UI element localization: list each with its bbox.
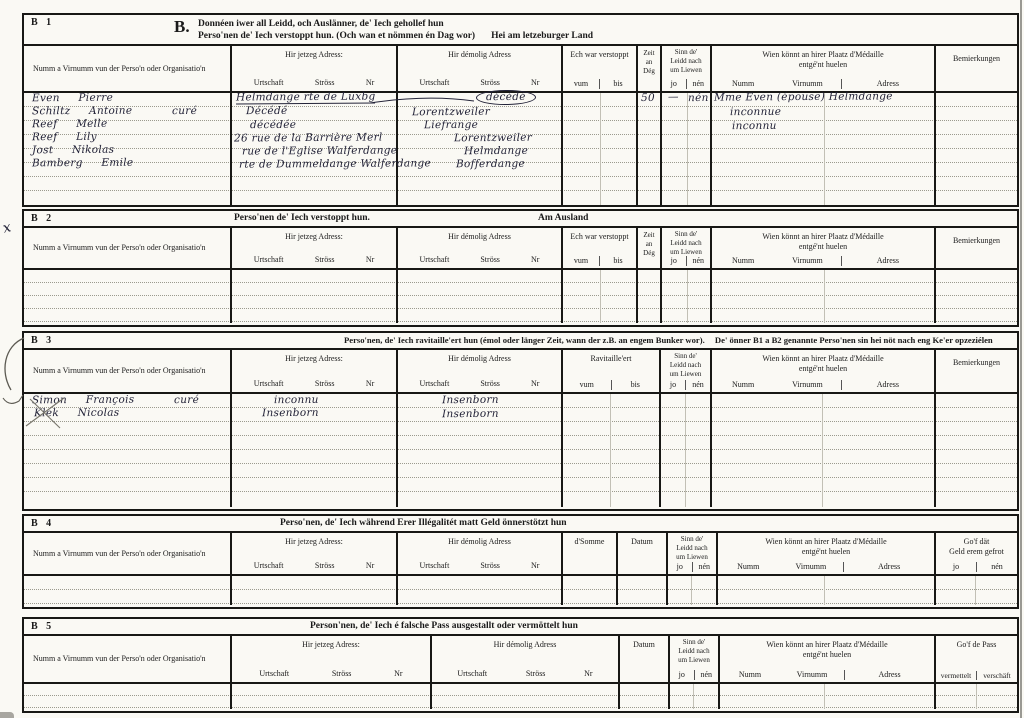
b1-body: Even Pierre Helmdange rte de Luxbg décéd… bbox=[24, 93, 1017, 205]
b1-col-bemierkungen: Bemierkungen bbox=[936, 46, 1017, 91]
column-rule bbox=[618, 684, 620, 709]
scan-corner-artifact bbox=[0, 712, 14, 718]
wien-line2: entgé'nt huelen bbox=[718, 547, 934, 557]
hw-demolig: Insenborn bbox=[442, 408, 499, 420]
gof-geld-line1: Go'f dät bbox=[936, 537, 1017, 547]
b5-col-name: Numm a Virnumm vun der Perso'n oder Orga… bbox=[24, 636, 232, 682]
demolig-sublabels: UrtschaftStrössNr bbox=[398, 561, 561, 574]
column-rule bbox=[718, 684, 720, 709]
hw-wien: inconnue bbox=[730, 106, 781, 118]
jetzeg-label: Hir jetzeg Adress: bbox=[232, 228, 396, 242]
vum-bis-row: vumbis bbox=[563, 380, 659, 392]
hw-demolig: Insenborn bbox=[442, 394, 499, 406]
b2-col-name: Numm a Virnumm vun der Perso'n oder Orga… bbox=[24, 228, 232, 268]
column-rule-thin bbox=[600, 93, 601, 205]
b3-col-demolig: Hir démolig Adress UrtschaftStrössNr bbox=[398, 350, 563, 392]
b2-title-right: Am Ausland bbox=[538, 213, 588, 223]
b2-section-id: B 2 bbox=[31, 213, 54, 224]
b5-column-header: Numm a Virnumm vun der Perso'n oder Orga… bbox=[24, 636, 1017, 684]
somme-label: d'Somme bbox=[563, 533, 616, 547]
urtschaft-label: Urtschaft bbox=[420, 78, 450, 88]
dotted-row bbox=[24, 464, 1017, 478]
sinn-line1: Sinn de' bbox=[662, 48, 710, 57]
vum-bis-row: vumbis bbox=[563, 79, 636, 91]
urtschaft-label: Urtschaft bbox=[254, 561, 284, 571]
wien-line1: Wien könnt an hirer Plaatz d'Médaille bbox=[720, 640, 934, 650]
sinn-line1: Sinn de' bbox=[670, 638, 718, 647]
b3-col-name: Numm a Virnumm vun der Perso'n oder Orga… bbox=[24, 350, 232, 392]
hw-jetzeg: rue de l'Eglise Walferdange bbox=[242, 144, 397, 157]
gof-geld-line2: Geld erem gefrot bbox=[936, 547, 1017, 557]
jo-label: jo bbox=[662, 79, 686, 89]
jo-nen-row: jonén bbox=[661, 380, 710, 392]
dotted-row bbox=[24, 436, 1017, 450]
hw-zeit: 50 bbox=[641, 92, 655, 104]
column-rule-thin bbox=[610, 394, 611, 507]
column-rule-thin bbox=[976, 684, 977, 709]
nr-label: Nr bbox=[531, 78, 539, 88]
virnumm-label: Virnumm bbox=[774, 256, 841, 266]
jo-nen-row: jonén bbox=[662, 79, 710, 91]
b5-col-datum: Datum bbox=[620, 636, 670, 682]
name-col-label: Numm a Virnumm vun der Perso'n oder Orga… bbox=[33, 654, 230, 664]
column-rule-thin bbox=[600, 270, 601, 323]
b1-col-demolig: Hir démolig Adress UrtschaftStrössNr bbox=[398, 46, 563, 91]
column-rule bbox=[230, 684, 232, 709]
adress-label: Adress bbox=[841, 380, 934, 390]
b4-column-header: Numm a Virnumm vun der Perso'n oder Orga… bbox=[24, 533, 1017, 576]
wien-sublabels: NummVirnummAdress bbox=[712, 256, 934, 268]
urtschaft-label: Urtschaft bbox=[254, 78, 284, 88]
vum-label: vum bbox=[563, 256, 599, 266]
scanned-form-page: { "headers": { "name_col": "Numm a Virnu… bbox=[0, 0, 1024, 718]
column-rule bbox=[561, 576, 563, 605]
column-rule-thin bbox=[687, 270, 688, 323]
demolig-label: Hir démolig Adress bbox=[432, 636, 618, 650]
bis-label: bis bbox=[599, 256, 636, 266]
nr-label: Nr bbox=[584, 669, 592, 679]
column-rule bbox=[660, 93, 662, 205]
b5-section-id: B 5 bbox=[31, 621, 54, 632]
zeit-label-2: an bbox=[638, 58, 660, 67]
hw-name: Reef Lily bbox=[32, 131, 97, 143]
wien-line1: Wien könnt an hirer Plaatz d'Médaille bbox=[712, 232, 934, 242]
nen-label: nén bbox=[686, 256, 711, 266]
jetzeg-sublabels: UrtschaftStrössNr bbox=[232, 379, 396, 392]
stross-label: Ströss bbox=[480, 379, 500, 389]
vermettelt-label: vermettelt bbox=[936, 671, 976, 680]
dotted-row bbox=[24, 450, 1017, 464]
stross-label: Ströss bbox=[332, 669, 352, 679]
wien-line2: entgé'nt huelen bbox=[712, 364, 934, 374]
b1-title-line2: Perso'nen de' Iech verstoppt hun. (Och w… bbox=[198, 31, 475, 41]
urtschaft-label: Urtschaft bbox=[420, 379, 450, 389]
wien-line2: entgé'nt huelen bbox=[712, 60, 934, 70]
hw-jetzeg: Insenborn bbox=[262, 407, 319, 419]
sinn-line3: um Liewen bbox=[661, 370, 710, 379]
column-rule bbox=[396, 576, 398, 605]
sinn-label: Sinn de' Leidd nach um Liewen bbox=[670, 636, 718, 664]
b2-col-bemierkungen: Bemierkungen bbox=[936, 228, 1017, 268]
b5-col-gof-pass: Go'f de Pass vermetteltverschäft bbox=[936, 636, 1017, 682]
hw-demolig: Bofferdange bbox=[456, 158, 525, 170]
column-rule bbox=[934, 270, 936, 323]
jetzeg-label: Hir jetzeg Adress: bbox=[232, 350, 396, 364]
sinn-line1: Sinn de' bbox=[662, 230, 710, 239]
column-rule bbox=[934, 576, 936, 605]
column-rule bbox=[561, 93, 563, 205]
gof-pass-label: Go'f de Pass bbox=[936, 636, 1017, 650]
nen-label: nén bbox=[685, 380, 710, 390]
column-rule-thin bbox=[693, 684, 694, 709]
name-col-label: Numm a Virnumm vun der Perso'n oder Orga… bbox=[33, 64, 230, 74]
virnumm-label: Virnumm bbox=[780, 670, 844, 680]
sinn-label: Sinn de' Leidd nach um Liewen bbox=[668, 533, 716, 561]
jo-nen-row: jonén bbox=[670, 670, 718, 682]
nr-label: Nr bbox=[366, 561, 374, 571]
hw-jetzeg: rte de Dummeldange Walferdange bbox=[239, 157, 431, 170]
sinn-line3: um Liewen bbox=[670, 656, 718, 665]
b2-col-verstoppt: Ech war verstoppt vumbis bbox=[563, 228, 638, 268]
nr-label: Nr bbox=[394, 669, 402, 679]
column-rule bbox=[636, 270, 638, 323]
b5-titlebar: B 5 Person'nen, de' Iech é falsche Pass … bbox=[24, 619, 1017, 636]
b1-title-right: Hei am letzeburger Land bbox=[491, 31, 593, 41]
demolig-sublabels: UrtschaftStrössNr bbox=[398, 78, 561, 91]
section-b4: B 4 Perso'nen, de' Iech während Erer Ill… bbox=[22, 514, 1019, 609]
demolig-label: Hir démolig Adress bbox=[398, 228, 561, 242]
datum-label: Datum bbox=[620, 636, 668, 650]
sinn-line2: Leidd nach bbox=[670, 647, 718, 656]
adress-label: Adress bbox=[841, 256, 934, 266]
sinn-line2: Leidd nach bbox=[661, 361, 710, 370]
dotted-row bbox=[24, 478, 1017, 492]
verstoppt-label: Ech war verstoppt bbox=[563, 46, 636, 60]
column-rule bbox=[396, 270, 398, 323]
b5-col-wien: Wien könnt an hirer Plaatz d'Médaille en… bbox=[720, 636, 936, 682]
b3-titlebar: B 3 Perso'nen, de' Iech ravitaille'ert h… bbox=[24, 333, 1017, 350]
column-rule bbox=[230, 93, 232, 205]
column-rule bbox=[636, 93, 638, 205]
nen-label: nén bbox=[976, 562, 1017, 572]
b5-col-sinn: Sinn de' Leidd nach um Liewen jonén bbox=[670, 636, 720, 682]
hw-name-title: curé bbox=[172, 105, 197, 117]
dotted-row bbox=[24, 422, 1017, 436]
urtschaft-label: Urtschaft bbox=[254, 379, 284, 389]
hw-jetzeg: Décédé bbox=[246, 105, 288, 117]
column-rule bbox=[668, 684, 670, 709]
dotted-row bbox=[24, 309, 1017, 322]
nr-label: Nr bbox=[366, 78, 374, 88]
bis-label: bis bbox=[599, 79, 636, 89]
name-col-label: Numm a Virnumm vun der Perso'n oder Orga… bbox=[33, 243, 230, 253]
vum-label: vum bbox=[563, 79, 599, 89]
b4-title: Perso'nen, de' Iech während Erer Illégal… bbox=[280, 518, 567, 528]
jo-label: jo bbox=[661, 380, 685, 390]
wien-line2: entgé'nt huelen bbox=[720, 650, 934, 660]
hw-name: Simon François bbox=[32, 394, 134, 407]
jo-nen-row: jonén bbox=[668, 562, 716, 574]
b4-col-jetzeg: Hir jetzeg Adress: UrtschaftStrössNr bbox=[232, 533, 398, 574]
jo-label: jo bbox=[668, 562, 692, 572]
column-rule bbox=[561, 394, 563, 507]
column-rule bbox=[710, 270, 712, 323]
stross-label: Ströss bbox=[480, 78, 500, 88]
jo-nen-row: jonén bbox=[662, 256, 710, 268]
sinn-line2: Leidd nach bbox=[662, 57, 710, 66]
nr-label: Nr bbox=[531, 561, 539, 571]
sinn-label: Sinn de' Leidd nach um Liewen bbox=[662, 46, 710, 74]
hw-jetzeg: décédée bbox=[250, 119, 296, 131]
zeit-label-2: an bbox=[638, 240, 660, 249]
b1-letter: B. bbox=[174, 17, 190, 37]
demolig-sublabels: UrtschaftStrössNr bbox=[432, 669, 618, 682]
b3-title: Perso'nen, de' Iech ravitaille'ert hun (… bbox=[344, 335, 993, 345]
bemierkungen-label: Bemierkungen bbox=[936, 358, 1017, 368]
numm-label: Numm bbox=[712, 256, 774, 266]
column-rule-thin bbox=[824, 576, 825, 605]
jetzeg-label: Hir jetzeg Adress: bbox=[232, 533, 396, 547]
b1-col-sinn: Sinn de' Leidd nach um Liewen jonén bbox=[662, 46, 712, 91]
jo-label: jo bbox=[670, 670, 694, 680]
b4-col-wien: Wien könnt an hirer Plaatz d'Médaille en… bbox=[718, 533, 936, 574]
column-rule bbox=[934, 394, 936, 507]
numm-label: Numm bbox=[712, 380, 774, 390]
ravitailleert-label: Ravitaille'ert bbox=[563, 350, 659, 364]
hw-jetzeg: Helmdange rte de Luxbg bbox=[236, 91, 376, 105]
column-rule bbox=[561, 270, 563, 323]
virnumm-label: Virnumm bbox=[778, 562, 843, 572]
column-rule-thin bbox=[822, 394, 823, 507]
sinn-line1: Sinn de' bbox=[661, 352, 710, 361]
hw-name: Schiltz Antoine bbox=[32, 105, 132, 118]
numm-label: Numm bbox=[718, 562, 778, 572]
jo-nen-row: jonén bbox=[936, 562, 1017, 574]
column-rule-thin bbox=[687, 93, 688, 205]
column-rule-thin bbox=[824, 270, 825, 323]
vum-bis-row: vumbis bbox=[563, 256, 636, 268]
wien-label: Wien könnt an hirer Plaatz d'Médaille en… bbox=[712, 46, 934, 70]
b3-col-bemierkungen: Bemierkungen bbox=[936, 350, 1017, 392]
numm-label: Numm bbox=[720, 670, 780, 680]
b3-col-jetzeg: Hir jetzeg Adress: UrtschaftStrössNr bbox=[232, 350, 398, 392]
column-rule bbox=[659, 394, 661, 507]
hw-name: Jost Nikolas bbox=[32, 144, 114, 157]
column-rule bbox=[230, 576, 232, 605]
sinn-line2: Leidd nach bbox=[662, 239, 710, 248]
column-rule-thin bbox=[824, 93, 825, 205]
b1-col-jetzeg: Hir jetzeg Adress: UrtschaftStrössNr bbox=[232, 46, 398, 91]
jetzeg-label: Hir jetzeg Adress: bbox=[232, 636, 430, 650]
zeit-label-1: Zeit bbox=[638, 49, 660, 58]
hw-demolig: Helmdange bbox=[464, 145, 528, 157]
urtschaft-label: Urtschaft bbox=[259, 669, 289, 679]
name-col-label: Numm a Virnumm vun der Perso'n oder Orga… bbox=[33, 366, 230, 376]
section-b1: B 1 B. Donnéen iwer all Leidd, och Auslä… bbox=[22, 13, 1019, 207]
column-rule bbox=[396, 394, 398, 507]
column-rule bbox=[230, 270, 232, 323]
wien-label: Wien könnt an hirer Plaatz d'Médaille en… bbox=[718, 533, 934, 557]
wien-line1: Wien könnt an hirer Plaatz d'Médaille bbox=[712, 354, 934, 364]
b2-body bbox=[24, 270, 1017, 323]
hw-demolig: Liefrange bbox=[424, 119, 478, 131]
b2-titlebar: B 2 Perso'nen de' Iech verstoppt hun. Am… bbox=[24, 211, 1017, 228]
wien-line2: entgé'nt huelen bbox=[712, 242, 934, 252]
demolig-label: Hir démolig Adress bbox=[398, 46, 561, 60]
sinn-line3: um Liewen bbox=[662, 66, 710, 75]
b4-col-datum: Datum bbox=[618, 533, 668, 574]
jetzeg-label: Hir jetzeg Adress: bbox=[232, 46, 396, 60]
b1-titlebar: B 1 B. Donnéen iwer all Leidd, och Auslä… bbox=[24, 15, 1017, 46]
demolig-label: Hir démolig Adress bbox=[398, 350, 561, 364]
column-rule-thin bbox=[691, 576, 692, 605]
dotted-row bbox=[24, 270, 1017, 283]
virnumm-label: Virnumm bbox=[774, 79, 841, 89]
column-rule bbox=[710, 394, 712, 507]
hw-wien: Mme Even (épouse) Helmdange bbox=[714, 90, 893, 103]
dotted-row bbox=[24, 408, 1017, 422]
stross-label: Ströss bbox=[480, 255, 500, 265]
b5-title: Person'nen, de' Iech é falsche Pass ausg… bbox=[310, 621, 578, 631]
b4-col-demolig: Hir démolig Adress UrtschaftStrössNr bbox=[398, 533, 563, 574]
b1-title-line1: Donnéen iwer all Leidd, och Auslänner, d… bbox=[198, 18, 593, 30]
b2-col-sinn: Sinn de' Leidd nach um Liewen jonén bbox=[662, 228, 712, 268]
sinn-line2: Leidd nach bbox=[668, 544, 716, 553]
virnumm-label: Virnumm bbox=[774, 380, 841, 390]
zeit-label-3: Dég bbox=[638, 67, 660, 76]
b4-titlebar: B 4 Perso'nen, de' Iech während Erer Ill… bbox=[24, 516, 1017, 533]
bis-label: bis bbox=[611, 380, 660, 390]
hw-jetzeg: inconnu bbox=[274, 394, 319, 406]
nr-label: Nr bbox=[531, 255, 539, 265]
verstoppt-label: Ech war verstoppt bbox=[563, 228, 636, 242]
column-rule bbox=[616, 576, 618, 605]
vum-label: vum bbox=[563, 380, 611, 390]
dotted-row bbox=[24, 283, 1017, 296]
b1-title: Donnéen iwer all Leidd, och Auslänner, d… bbox=[198, 18, 593, 43]
urtschaft-label: Urtschaft bbox=[420, 561, 450, 571]
hw-name: Even Pierre bbox=[32, 92, 113, 105]
b4-col-gof-geld: Go'f dät Geld erem gefrot jonén bbox=[936, 533, 1017, 574]
b5-body bbox=[24, 684, 1017, 709]
jo-label: jo bbox=[936, 562, 976, 572]
sinn-label: Sinn de' Leidd nach um Liewen bbox=[662, 228, 710, 256]
column-rule bbox=[716, 576, 718, 605]
dotted-row bbox=[24, 296, 1017, 309]
wien-label: Wien könnt an hirer Plaatz d'Médaille en… bbox=[712, 228, 934, 252]
section-b3: B 3 Perso'nen, de' Iech ravitaille'ert h… bbox=[22, 331, 1019, 511]
wien-sublabels: NummVirnummAdress bbox=[712, 380, 934, 392]
adress-label: Adress bbox=[844, 670, 934, 680]
b2-col-zeit: Zeit an Dég bbox=[638, 228, 662, 268]
stross-label: Ströss bbox=[315, 255, 335, 265]
name-col-label: Numm a Virnumm vun der Perso'n oder Orga… bbox=[33, 549, 230, 559]
adress-label: Adress bbox=[841, 79, 934, 89]
bemierkungen-label: Bemierkungen bbox=[936, 54, 1017, 64]
b2-column-header: Numm a Virnumm vun der Perso'n oder Orga… bbox=[24, 228, 1017, 270]
stross-label: Ströss bbox=[526, 669, 546, 679]
urtschaft-label: Urtschaft bbox=[420, 255, 450, 265]
dotted-row bbox=[24, 590, 1017, 604]
nen-label: nén bbox=[694, 670, 719, 680]
column-rule-thin bbox=[685, 394, 686, 507]
b3-body: Simon François curé inconnu Insenborn Kl… bbox=[24, 394, 1017, 507]
urtschaft-label: Urtschaft bbox=[254, 255, 284, 265]
demolig-sublabels: UrtschaftStrössNr bbox=[398, 255, 561, 268]
dotted-row bbox=[24, 696, 1017, 708]
b4-col-somme: d'Somme bbox=[563, 533, 618, 574]
column-rule bbox=[934, 684, 936, 709]
wien-sublabels: NummVirnummAdress bbox=[720, 670, 934, 682]
hw-jo: — bbox=[668, 91, 679, 103]
b3-col-ravitailleert: Ravitaille'ert vumbis bbox=[563, 350, 661, 392]
b4-col-sinn: Sinn de' Leidd nach um Liewen jonén bbox=[668, 533, 718, 574]
jetzeg-sublabels: UrtschaftStrössNr bbox=[232, 255, 396, 268]
dotted-row bbox=[24, 576, 1017, 590]
wien-line1: Wien könnt an hirer Plaatz d'Médaille bbox=[718, 537, 934, 547]
scan-edge-artifact bbox=[1020, 0, 1022, 718]
section-b2: B 2 Perso'nen de' Iech verstoppt hun. Am… bbox=[22, 209, 1019, 327]
urtschaft-label: Urtschaft bbox=[457, 669, 487, 679]
b3-title-main: Perso'nen, de' Iech ravitaille'ert hun (… bbox=[344, 335, 705, 345]
dotted-row bbox=[24, 394, 1017, 408]
b1-col-zeit: Zeit an Dég bbox=[638, 46, 662, 91]
hw-jetzeg: 26 rue de la Barrière Merl bbox=[234, 131, 383, 144]
b1-col-name: Numm a Virnumm vun der Perso'n oder Orga… bbox=[24, 46, 232, 91]
b1-col-wien: Wien könnt an hirer Plaatz d'Médaille en… bbox=[712, 46, 936, 91]
column-rule bbox=[660, 270, 662, 323]
hw-name: Bamberg Emile bbox=[32, 157, 133, 170]
sinn-line1: Sinn de' bbox=[668, 535, 716, 544]
hw-demolig: Lorentzweiler bbox=[412, 106, 490, 119]
zeit-label-3: Dég bbox=[638, 249, 660, 258]
column-rule bbox=[230, 394, 232, 507]
column-rule-thin bbox=[975, 576, 976, 605]
hw-name-title: curé bbox=[174, 394, 199, 406]
jetzeg-sublabels: UrtschaftStrössNr bbox=[232, 561, 396, 574]
b2-col-jetzeg: Hir jetzeg Adress: UrtschaftStrössNr bbox=[232, 228, 398, 268]
nen-label: nén bbox=[686, 79, 711, 89]
b2-title: Perso'nen de' Iech verstoppt hun. bbox=[234, 213, 370, 223]
demolig-label: Hir démolig Adress bbox=[398, 533, 561, 547]
b4-col-name: Numm a Virnumm vun der Perso'n oder Orga… bbox=[24, 533, 232, 574]
hw-name: Reef Melle bbox=[32, 118, 108, 131]
sinn-line3: um Liewen bbox=[662, 248, 710, 257]
hw-demolig: Lorentzweiler bbox=[454, 132, 532, 145]
sinn-label: Sinn de' Leidd nach um Liewen bbox=[661, 350, 710, 378]
hw-name: Klek Nicolas bbox=[34, 407, 120, 420]
nr-label: Nr bbox=[531, 379, 539, 389]
section-b5: B 5 Person'nen, de' Iech é falsche Pass … bbox=[22, 617, 1019, 713]
b2-col-wien: Wien könnt an hirer Plaatz d'Médaille en… bbox=[712, 228, 936, 268]
vermettelt-verschaft-row: vermetteltverschäft bbox=[936, 671, 1017, 682]
verschaft-label: verschäft bbox=[976, 671, 1017, 680]
jo-label: jo bbox=[662, 256, 686, 266]
b5-col-jetzeg: Hir jetzeg Adress: UrtschaftStrössNr bbox=[232, 636, 432, 682]
stross-label: Ströss bbox=[315, 561, 335, 571]
wien-sublabels: NummVirnummAdress bbox=[712, 79, 934, 91]
b3-col-sinn: Sinn de' Leidd nach um Liewen jonén bbox=[661, 350, 712, 392]
wien-line1: Wien könnt an hirer Plaatz d'Médaille bbox=[712, 50, 934, 60]
bemierkungen-label: Bemierkungen bbox=[936, 236, 1017, 246]
wien-label: Wien könnt an hirer Plaatz d'Médaille en… bbox=[720, 636, 934, 660]
column-rule bbox=[430, 684, 432, 709]
stross-label: Ströss bbox=[480, 561, 500, 571]
adress-label: Adress bbox=[843, 562, 934, 572]
demolig-sublabels: UrtschaftStrössNr bbox=[398, 379, 561, 392]
margin-check-mark: x bbox=[1, 219, 13, 237]
b2-col-demolig: Hir démolig Adress UrtschaftStrössNr bbox=[398, 228, 563, 268]
